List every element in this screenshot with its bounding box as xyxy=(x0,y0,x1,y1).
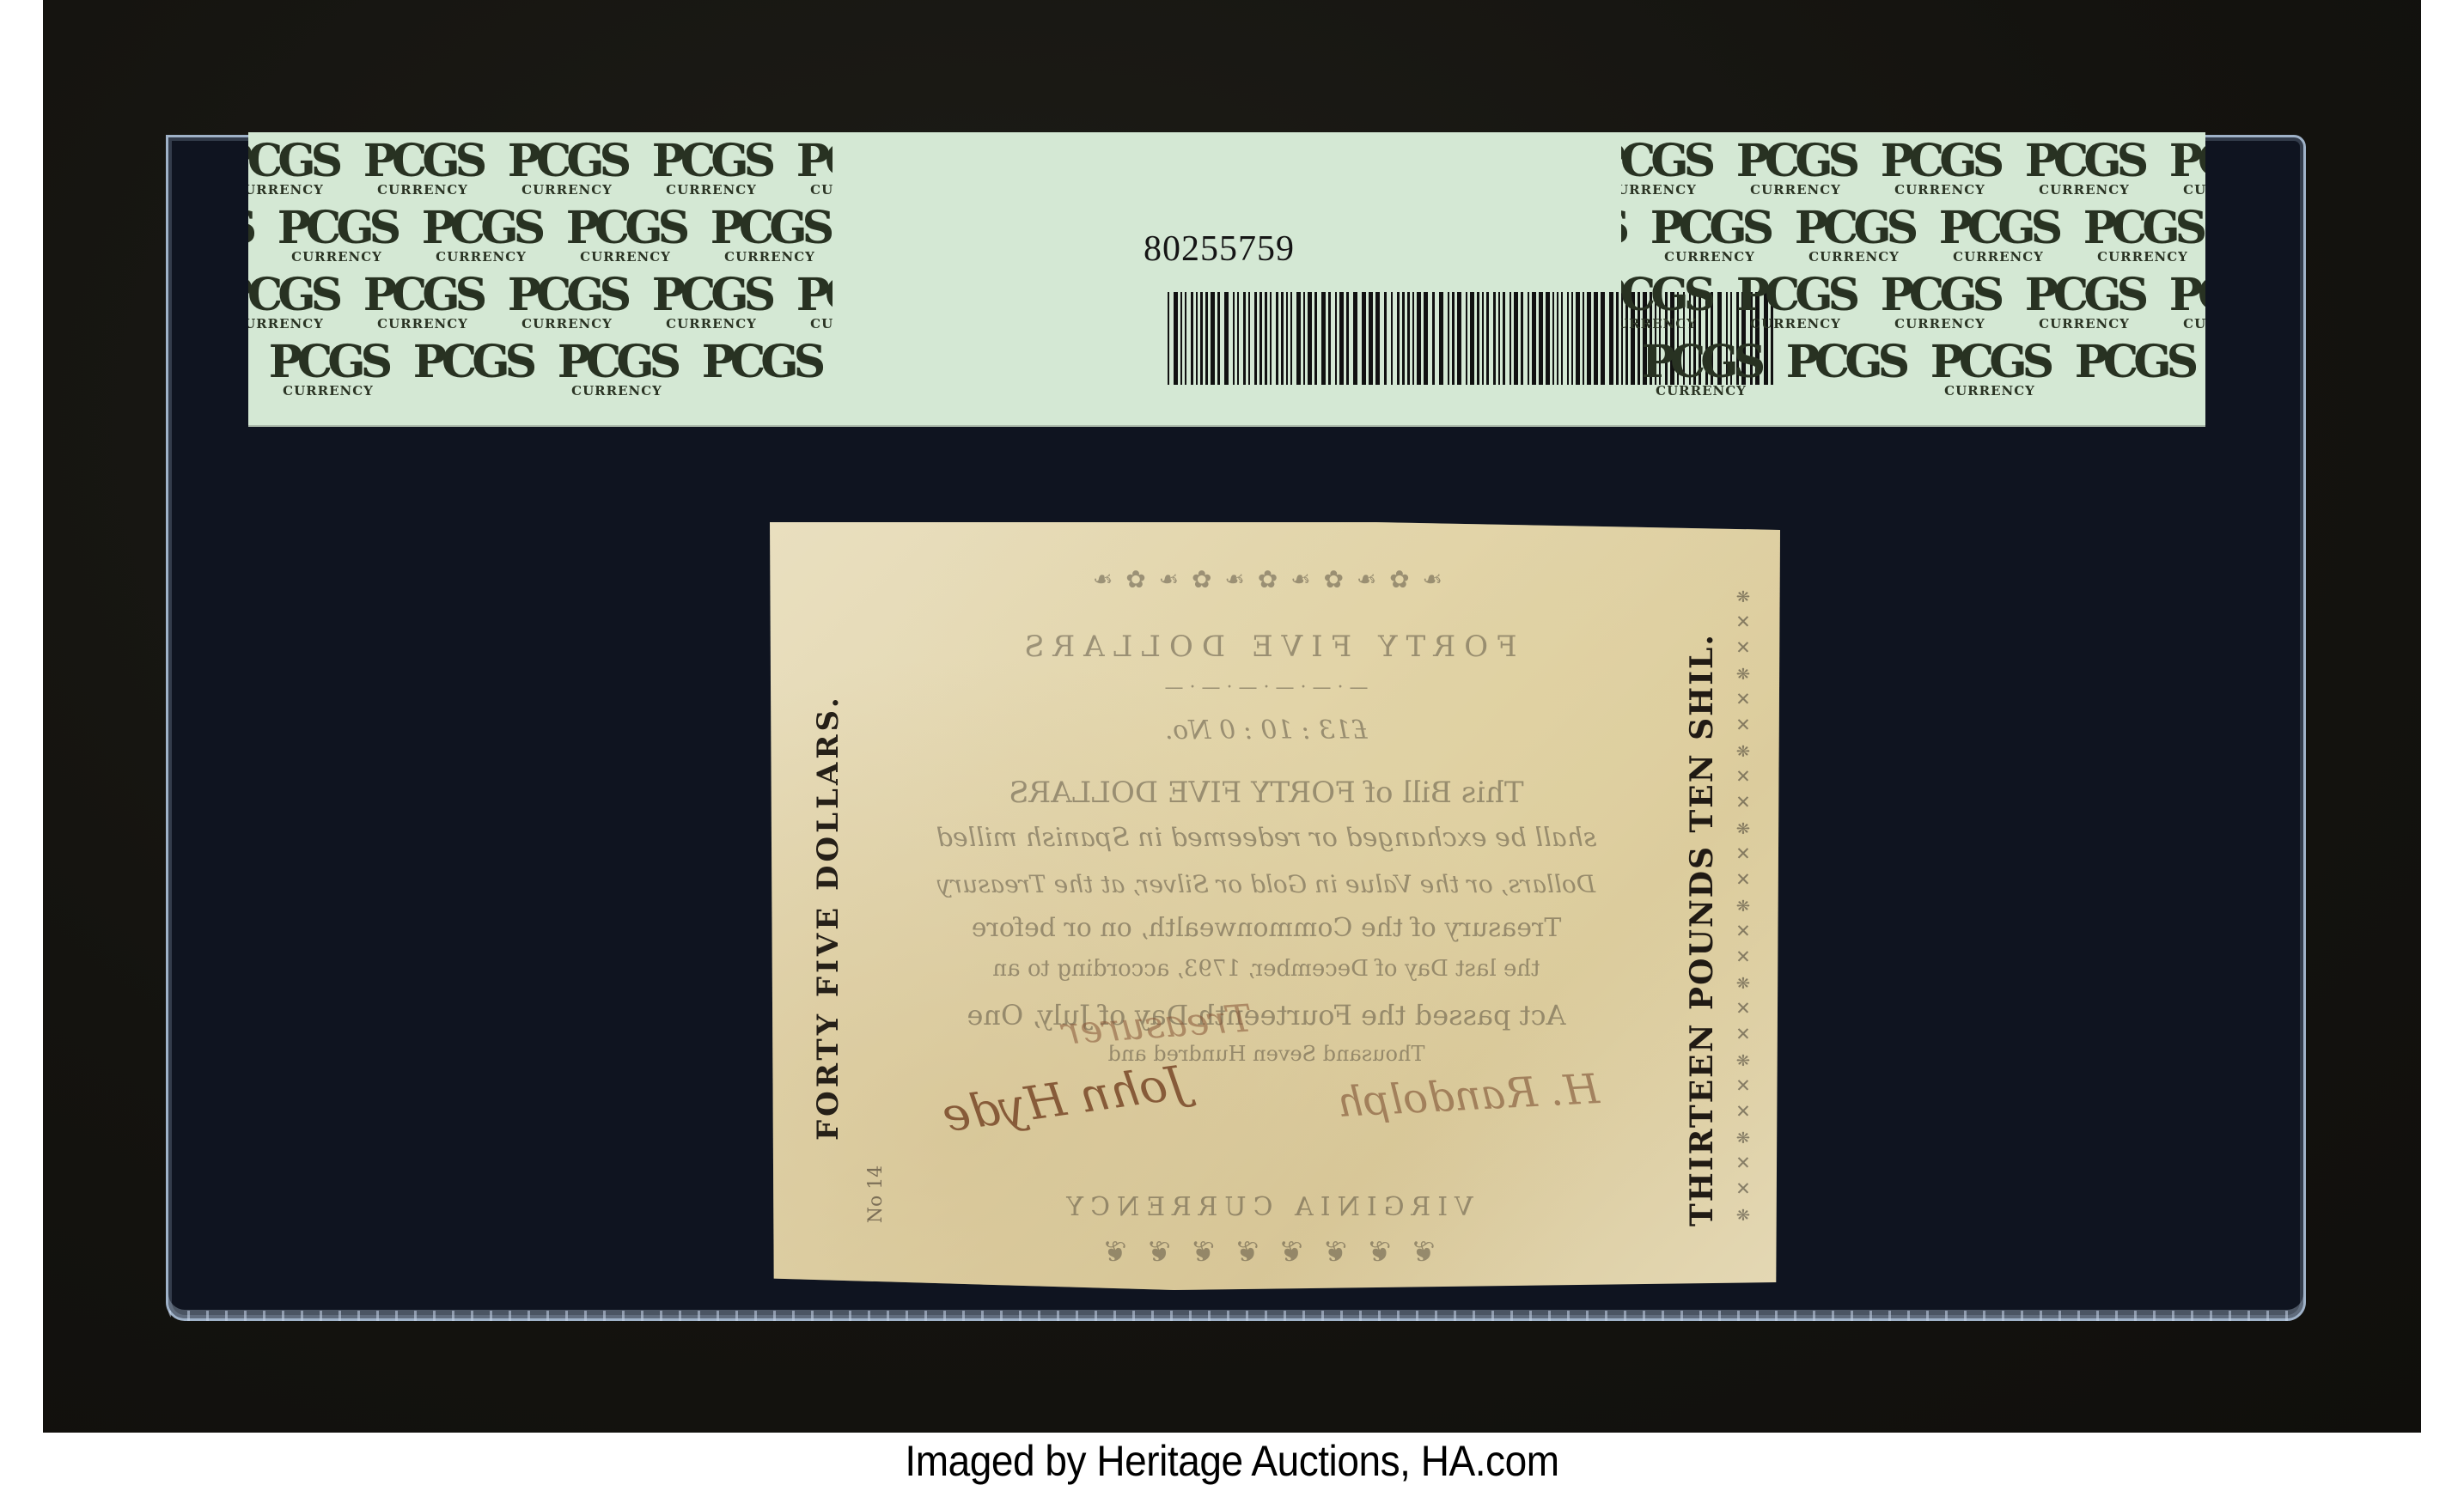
grader-logo-icon: PCGSCURRENCY xyxy=(1621,206,1630,264)
grader-logo-icon: PCGSCURRENCY xyxy=(248,206,257,264)
grader-logo-icon: PCGSCURRENCY xyxy=(1875,139,2004,197)
grader-logo-icon: PCGSCURRENCY xyxy=(264,340,393,398)
logo-row: PCGSCURRENCYPCGSCURRENCYPCGSCURRENCYPCGS… xyxy=(1621,139,2205,197)
grader-logo-icon: PCGSCURRENCY xyxy=(248,139,343,197)
logo-row: PCGSCURRENCYPCGSCURRENCYPCGSCURRENCYPCGS… xyxy=(248,139,833,197)
grader-logo-icon: PCGSCURRENCY xyxy=(552,340,681,398)
denomination-text-left: FORTY FIVE DOLLARS. xyxy=(811,642,845,1192)
grader-logo-icon: PCGSCURRENCY xyxy=(2020,139,2149,197)
grader-logo-icon: PCGSCURRENCY xyxy=(1731,139,1860,197)
grader-logo-icon: PCGSCURRENCY xyxy=(1934,206,2063,264)
bleed-through-line: — · — · — · — · — · — xyxy=(864,677,1668,698)
grader-logo-icon: PCGSCURRENCY xyxy=(705,206,833,264)
logo-row: PCGSPCGSCURRENCYPCGSPCGSCURRENCYPCGSPCGS… xyxy=(248,340,833,398)
grader-logo-icon: PCGSCURRENCY xyxy=(791,139,833,197)
grader-logo-icon: PCGSCURRENCY xyxy=(2164,273,2205,331)
grader-logo-icon: PCGSCURRENCY xyxy=(358,273,487,331)
grader-logo-icon: PCGSCURRENCY xyxy=(1645,206,1774,264)
banknote-back: ❧ ✿ ❧ ✿ ❧ ✿ ❧ ✿ ❧ ✿ ❧ FORTY FIVE DOLLARS… xyxy=(770,522,1780,1290)
grader-logo-icon: PCGSCURRENCY xyxy=(2078,206,2205,264)
logo-panel-left: PCGSCURRENCYPCGSCURRENCYPCGSCURRENCYPCGS… xyxy=(248,139,833,418)
logo-panel-right: PCGSCURRENCYPCGSCURRENCYPCGSCURRENCYPCGS… xyxy=(1621,139,2205,418)
grader-logo-icon: PCGSCURRENCY xyxy=(417,206,546,264)
bleed-through-line: Treasury of the Commonwealth, on or befo… xyxy=(864,913,1668,943)
signature: H. Randolph xyxy=(1336,1065,1601,1127)
grader-logo-icon: PCGSCURRENCY xyxy=(503,273,631,331)
grader-logo-icon: PCGSCURRENCY xyxy=(647,273,776,331)
bleed-through-line: Thousand Seven Hundred and xyxy=(864,1042,1668,1066)
bleed-through-line: ❦ ❦ ❦ ❦ ❦ ❦ ❦ ❦ xyxy=(864,1235,1668,1269)
bleed-through-line: This Bill of FORTY FIVE DOLLARS xyxy=(864,776,1668,810)
grader-logo-icon: PCGSCURRENCY xyxy=(1925,340,2054,398)
grader-logo-icon: PCGSCURRENCY xyxy=(2164,139,2205,197)
grader-logo-icon: PCGSCURRENCY xyxy=(1621,273,1716,331)
grader-logo-icon: PCGSCURRENCY xyxy=(248,273,343,331)
grader-logo-icon: PCGS xyxy=(408,340,537,385)
grader-logo-icon: PCGS xyxy=(1781,340,1910,385)
grader-logo-icon: PCGSCURRENCY xyxy=(1731,273,1860,331)
bleed-through-line: Dollars, or the Value in Gold or Silver,… xyxy=(864,870,1668,898)
grading-label: PCGSCURRENCYPCGSCURRENCYPCGSCURRENCYPCGS… xyxy=(248,132,2205,425)
grader-logo-icon: PCGSCURRENCY xyxy=(1621,139,1716,197)
image-credit-caption: Imaged by Heritage Auctions, HA.com xyxy=(99,1436,2366,1485)
bleed-through-line: £13 : 10 : 0 No. xyxy=(864,715,1668,746)
grader-logo-icon: PCGSCURRENCY xyxy=(272,206,401,264)
bleed-through-line: FORTY FIVE DOLLARS xyxy=(864,630,1668,664)
logo-row: PCGSCURRENCYPCGSCURRENCYPCGSCURRENCYPCGS… xyxy=(1621,273,2205,331)
grader-logo-icon: PCGSCURRENCY xyxy=(791,273,833,331)
grader-logo-icon: PCGS xyxy=(697,340,826,385)
bleed-through-line: shall be exchanged or redeemed in Spanis… xyxy=(864,823,1668,853)
bleed-through-line: the last Day of December, 1793, accordin… xyxy=(864,956,1668,982)
grader-logo-icon: PCGSCURRENCY xyxy=(358,139,487,197)
handwritten-mark: No 14 xyxy=(865,1165,887,1223)
grader-logo-icon: PCGS xyxy=(2070,340,2199,385)
grader-logo-icon: PCGSCURRENCY xyxy=(647,139,776,197)
logo-row: PCGSCURRENCYPCGSCURRENCYPCGSCURRENCYPCGS… xyxy=(248,273,833,331)
certification-block: 80255759 xyxy=(918,132,1520,425)
bleed-through-line: Act passed the Fourteenth Day of July, O… xyxy=(864,999,1668,1032)
grader-logo-icon: PCGSCURRENCY xyxy=(503,139,631,197)
bleed-through-line: ❧ ✿ ❧ ✿ ❧ ✿ ❧ ✿ ❧ ✿ ❧ xyxy=(864,565,1668,593)
ornamental-border: ❋✕✕❋✕✕❋✕✕❋✕✕❋✕✕❋✕✕❋✕✕❋✕✕❋ xyxy=(1730,582,1756,1235)
certification-number: 80255759 xyxy=(918,228,1520,270)
bleed-through-line: VIRGINIA CURRENCY xyxy=(864,1192,1668,1222)
denomination-text-right: THIRTEEN POUNDS TEN SHIL. xyxy=(1684,621,1718,1239)
grader-logo-icon: PCGSCURRENCY xyxy=(561,206,690,264)
logo-row: PCGSPCGSCURRENCYPCGSPCGSCURRENCYPCGSPCGS… xyxy=(1621,340,2205,398)
logo-row: PCGSCURRENCYPCGSCURRENCYPCGSCURRENCYPCGS… xyxy=(1621,206,2205,264)
grader-logo-icon: PCGSCURRENCY xyxy=(1637,340,1766,398)
banknote: ❧ ✿ ❧ ✿ ❧ ✿ ❧ ✿ ❧ ✿ ❧ FORTY FIVE DOLLARS… xyxy=(770,522,1780,1290)
grader-logo-icon: PCGSCURRENCY xyxy=(2020,273,2149,331)
signature: John Hyde xyxy=(939,1055,1189,1142)
grader-logo-icon: PCGSCURRENCY xyxy=(1790,206,1918,264)
grader-logo-icon: PCGSCURRENCY xyxy=(1875,273,2004,331)
logo-row: PCGSCURRENCYPCGSCURRENCYPCGSCURRENCYPCGS… xyxy=(248,206,833,264)
